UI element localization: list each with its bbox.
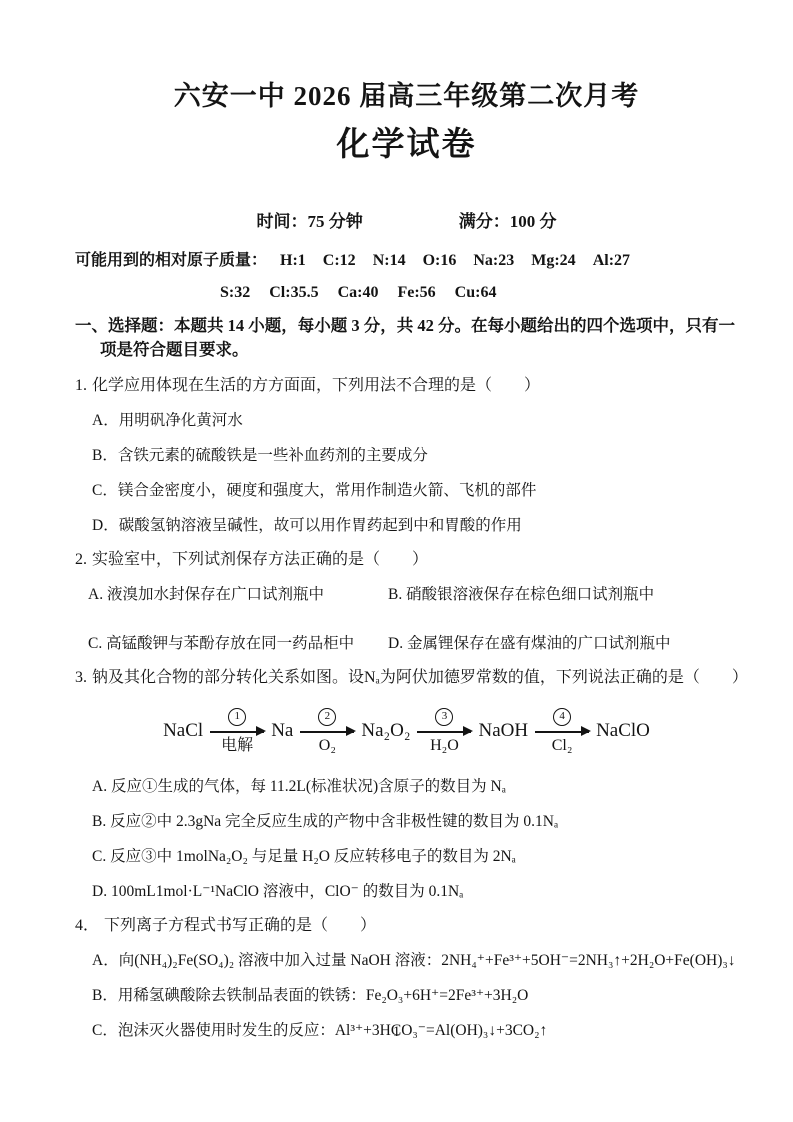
atomic-masses-line1: 可能用到的相对原子质量： H:1 C:12 N:14 O:16 Na:23 Mg…	[75, 250, 738, 272]
right-arrow-icon	[535, 731, 589, 733]
atomic-mass: S:32	[220, 282, 250, 304]
option-a: A．用明矾净化黄河水	[92, 410, 738, 431]
atomic-mass: Al:27	[593, 250, 630, 272]
diagram-node-na: Na	[269, 720, 295, 742]
option-b: B．含铁元素的硫酸铁是一些补血药剂的主要成分	[92, 445, 738, 466]
question-4: 4．下列离子方程式书写正确的是（ ） A．向(NH₄)₂Fe(SO₄)₂ 溶液中…	[75, 915, 738, 1041]
step-condition: Cl₂	[552, 736, 573, 755]
option-c: C．镁合金密度小，硬度和强度大，常用作制造火箭、飞机的部件	[92, 480, 738, 501]
option-a: A．向(NH₄)₂Fe(SO₄)₂ 溶液中加入过量 NaOH 溶液：2NH₄⁺+…	[92, 950, 738, 971]
question-2-stem: 2.实验室中，下列试剂保存方法正确的是（ ）	[75, 549, 738, 570]
atomic-masses-line2: S:32 Cl:35.5 Ca:40 Fe:56 Cu:64	[220, 282, 738, 304]
sodium-conversion-diagram: NaCl 1 电解 Na 2 O₂ Na₂O₂ 3 H₂O NaOH 4	[75, 700, 738, 762]
option-a: A. 液溴加水封保存在广口试剂瓶中	[88, 584, 388, 605]
atomic-mass: N:14	[373, 250, 406, 272]
question-number: 2.	[75, 551, 87, 568]
circled-number-icon: 4	[553, 708, 571, 726]
right-arrow-icon	[300, 731, 354, 733]
question-text: 化学应用体现在生活的方方面面，下列用法不合理的是（ ）	[92, 377, 540, 394]
section-one-intro: 一、选择题：本题共 14 小题，每小题 3 分，共 42 分。在每小题给出的四个…	[75, 314, 738, 362]
diagram-node-naclo: NaClO	[594, 720, 652, 742]
atomic-masses-label: 可能用到的相对原子质量：	[75, 250, 267, 272]
circled-number-icon: 2	[318, 708, 336, 726]
option-d: D. 100mL1mol·L⁻¹NaClO 溶液中，ClO⁻ 的数目为 0.1N…	[92, 881, 738, 902]
time-label: 时间：75 分钟	[257, 211, 363, 233]
option-a: A. 反应①生成的气体，每 11.2L(标准状况)含原子的数目为 Nₐ	[92, 776, 738, 797]
right-arrow-icon	[417, 731, 471, 733]
question-number: 3.	[75, 669, 87, 686]
option-c: C. 反应③中 1molNa₂O₂ 与足量 H₂O 反应转移电子的数目为 2Nₐ	[92, 846, 738, 867]
question-4-stem: 4．下列离子方程式书写正确的是（ ）	[75, 915, 738, 936]
question-2-options: A. 液溴加水封保存在广口试剂瓶中 B. 硝酸银溶液保存在棕色细口试剂瓶中 C.…	[75, 570, 738, 654]
question-3-stem: 3.钠及其化合物的部分转化关系如图。设Nₐ为阿伏加德罗常数的值，下列说法正确的是…	[75, 667, 738, 688]
diagram-node-naoh: NaOH	[476, 720, 530, 742]
question-3: 3.钠及其化合物的部分转化关系如图。设Nₐ为阿伏加德罗常数的值，下列说法正确的是…	[75, 667, 738, 902]
question-1: 1.化学应用体现在生活的方方面面，下列用法不合理的是（ ） A．用明矾净化黄河水…	[75, 375, 738, 536]
question-2: 2.实验室中，下列试剂保存方法正确的是（ ） A. 液溴加水封保存在广口试剂瓶中…	[75, 549, 738, 654]
atomic-mass: C:12	[323, 250, 356, 272]
diagram-node-na2o2: Na₂O₂	[359, 720, 412, 742]
diagram-step-1: 1 电解	[210, 708, 264, 755]
option-b: B. 硝酸银溶液保存在棕色细口试剂瓶中	[388, 584, 738, 605]
question-text: 下列离子方程式书写正确的是（ ）	[104, 917, 376, 934]
step-condition: H₂O	[430, 736, 459, 755]
diagram-node-nacl: NaCl	[161, 720, 205, 742]
option-b: B. 反应②中 2.3gNa 完全反应生成的产物中含非极性键的数目为 0.1Nₐ	[92, 811, 738, 832]
diagram-step-3: 3 H₂O	[417, 708, 471, 755]
circled-number-icon: 1	[228, 708, 246, 726]
exam-title: 六安一中 2026 届高三年级第二次月考	[75, 80, 738, 112]
atomic-mass: Na:23	[473, 250, 514, 272]
question-text: 钠及其化合物的部分转化关系如图。设Nₐ为阿伏加德罗常数的值，下列说法正确的是（ …	[92, 669, 748, 686]
page-number: 1	[0, 1024, 793, 1041]
option-b: B．用稀氢碘酸除去铁制品表面的铁锈：Fe₂O₃+6H⁺=2Fe³⁺+3H₂O	[92, 985, 738, 1006]
option-d: D. 金属锂保存在盛有煤油的广口试剂瓶中	[388, 633, 738, 654]
step-condition: 电解	[221, 736, 253, 755]
atomic-mass: Ca:40	[338, 282, 379, 304]
atomic-mass: Cu:64	[455, 282, 497, 304]
option-d: D．碳酸氢钠溶液呈碱性，故可以用作胃药起到中和胃酸的作用	[92, 515, 738, 536]
section-intro-line1: 一、选择题：本题共 14 小题，每小题 3 分，共 42 分。在每小题给出的四个…	[75, 314, 738, 338]
circled-number-icon: 3	[435, 708, 453, 726]
atomic-mass: Mg:24	[531, 250, 575, 272]
atomic-mass: Cl:35.5	[269, 282, 318, 304]
question-1-options: A．用明矾净化黄河水 B．含铁元素的硫酸铁是一些补血药剂的主要成分 C．镁合金密…	[75, 410, 738, 536]
question-number: 4．	[75, 917, 99, 934]
atomic-mass: Fe:56	[397, 282, 435, 304]
step-condition: O₂	[319, 736, 336, 755]
section-intro-line2: 项是符合题目要求。	[100, 338, 738, 362]
question-number: 1.	[75, 377, 87, 394]
diagram-step-2: 2 O₂	[300, 708, 354, 755]
diagram-step-4: 4 Cl₂	[535, 708, 589, 755]
question-text: 实验室中，下列试剂保存方法正确的是（ ）	[92, 551, 428, 568]
exam-paper-page: 六安一中 2026 届高三年级第二次月考 化学试卷 时间：75 分钟 满分：10…	[0, 0, 793, 1122]
right-arrow-icon	[210, 731, 264, 733]
question-1-stem: 1.化学应用体现在生活的方方面面，下列用法不合理的是（ ）	[75, 375, 738, 396]
option-c: C. 高锰酸钾与苯酚存放在同一药品柜中	[88, 633, 388, 654]
atomic-mass: O:16	[423, 250, 457, 272]
atomic-mass: H:1	[280, 250, 306, 272]
score-label: 满分：100 分	[459, 211, 557, 233]
exam-meta-row: 时间：75 分钟 满分：100 分	[75, 211, 738, 233]
paper-subject-title: 化学试卷	[75, 125, 738, 165]
question-3-options: A. 反应①生成的气体，每 11.2L(标准状况)含原子的数目为 Nₐ B. 反…	[75, 776, 738, 902]
